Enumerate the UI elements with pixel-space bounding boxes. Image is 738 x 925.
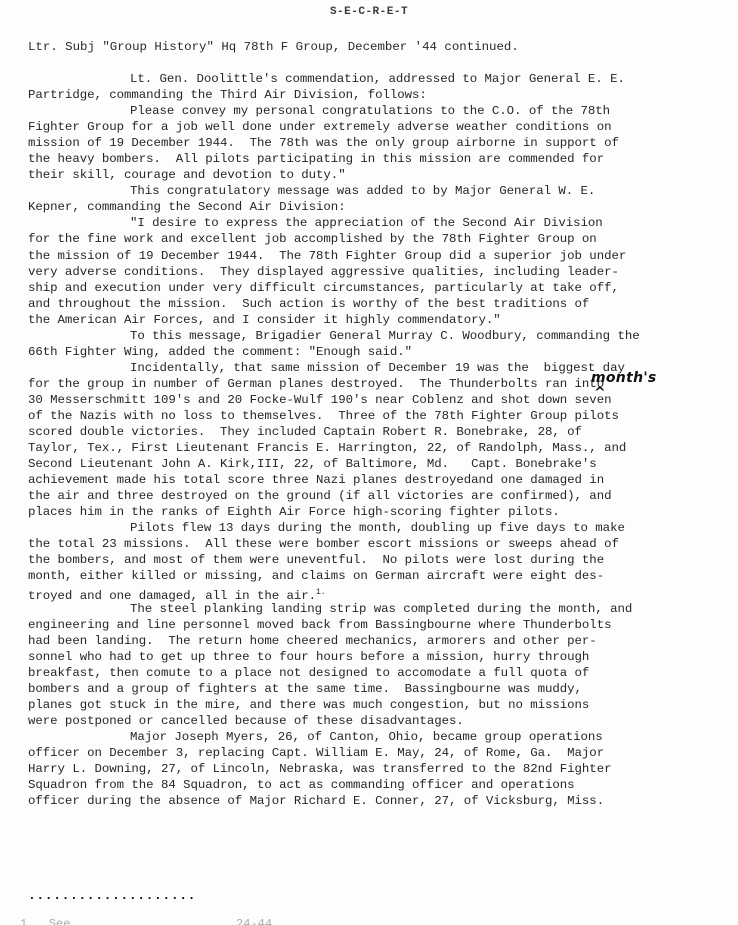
document-page: S-E-C-R-E-T Ltr. Subj "Group History" Hq…	[0, 0, 738, 925]
document-line: scored double victories. They included C…	[28, 424, 728, 440]
document-line: had been landing. The return home cheere…	[28, 633, 728, 649]
document-line: their skill, courage and devotion to dut…	[28, 167, 728, 183]
document-line: and throughout the mission. Such action …	[28, 296, 728, 312]
document-line: for the fine work and excellent job acco…	[28, 231, 728, 247]
document-line: achievement made his total score three N…	[28, 472, 728, 488]
section-separator: ....................	[28, 888, 196, 903]
document-line: planes got stuck in the mire, and there …	[28, 697, 728, 713]
document-line: bombers and a group of fighters at the s…	[28, 681, 728, 697]
document-line: officer during the absence of Major Rich…	[28, 793, 728, 809]
classification-header: S-E-C-R-E-T	[0, 6, 738, 18]
document-line: Please convey my personal congratulation…	[28, 103, 728, 119]
document-line: ship and execution under very difficult …	[28, 280, 728, 296]
document-line: To this message, Brigadier General Murra…	[28, 328, 728, 344]
insertion-caret: ^	[594, 385, 606, 401]
document-line: breakfast, then comute to a place not de…	[28, 665, 728, 681]
document-line: the American Air Forces, and I consider …	[28, 312, 728, 328]
document-line: Squadron from the 84 Squadron, to act as…	[28, 777, 728, 793]
document-line: month, either killed or missing, and cla…	[28, 568, 728, 584]
document-line: This congratulatory message was added to…	[28, 183, 728, 199]
document-line: the mission of 19 December 1944. The 78t…	[28, 248, 728, 264]
document-line: Partridge, commanding the Third Air Divi…	[28, 87, 728, 103]
document-line: Major Joseph Myers, 26, of Canton, Ohio,…	[28, 729, 728, 745]
footnote-marker: 1.	[316, 588, 326, 597]
document-line: the heavy bombers. All pilots participat…	[28, 151, 728, 167]
footnote-partial: 1. See ... ... ... 24-44	[20, 917, 272, 925]
document-line: The steel planking landing strip was com…	[28, 601, 728, 617]
document-line: "I desire to express the appreciation of…	[28, 215, 728, 231]
document-line: troyed and one damaged, all in the air.1…	[28, 585, 728, 601]
handwritten-insertion: month's	[591, 370, 657, 386]
document-line: Lt. Gen. Doolittle's commendation, addre…	[28, 71, 728, 87]
document-line: mission of 19 December 1944. The 78th wa…	[28, 135, 728, 151]
subject-line: Ltr. Subj "Group History" Hq 78th F Grou…	[28, 40, 519, 54]
document-line: the bombers, and most of them were uneve…	[28, 552, 728, 568]
document-line: Fighter Group for a job well done under …	[28, 119, 728, 135]
document-line: were postponed or cancelled because of t…	[28, 713, 728, 729]
document-line: sonnel who had to get up three to four h…	[28, 649, 728, 665]
document-line: Pilots flew 13 days during the month, do…	[28, 520, 728, 536]
document-line: of the Nazis with no loss to themselves.…	[28, 408, 728, 424]
document-line: 66th Fighter Wing, added the comment: "E…	[28, 344, 728, 360]
document-line: places him in the ranks of Eighth Air Fo…	[28, 504, 728, 520]
document-line: 30 Messerschmitt 109's and 20 Focke-Wulf…	[28, 392, 728, 408]
document-line: Second Lieutenant John A. Kirk,III, 22, …	[28, 456, 728, 472]
document-line: Taylor, Tex., First Lieutenant Francis E…	[28, 440, 728, 456]
document-line: engineering and line personnel moved bac…	[28, 617, 728, 633]
document-line: the total 23 missions. All these were bo…	[28, 536, 728, 552]
document-line: Kepner, commanding the Second Air Divisi…	[28, 199, 728, 215]
document-body: Lt. Gen. Doolittle's commendation, addre…	[28, 71, 728, 809]
document-line: officer on December 3, replacing Capt. W…	[28, 745, 728, 761]
document-line: Harry L. Downing, 27, of Lincoln, Nebras…	[28, 761, 728, 777]
document-line: very adverse conditions. They displayed …	[28, 264, 728, 280]
document-line: the air and three destroyed on the groun…	[28, 488, 728, 504]
